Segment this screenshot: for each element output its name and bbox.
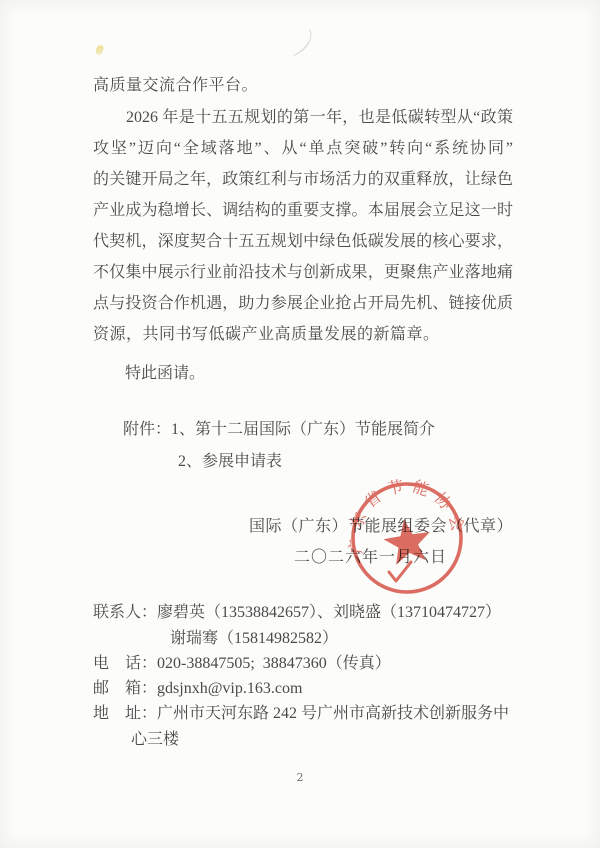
body-line: 的关键开局之年，政策红利与市场活力的双重释放，让绿色 — [93, 164, 513, 195]
phone-numbers: 020-38847505; 38847360（传真） — [157, 651, 391, 676]
email-label: 邮 箱： — [93, 676, 157, 701]
body-line: 攻坚”迈向“全域落地”、从“单点突破”转向“系统协同” — [93, 133, 513, 164]
body-line: 点与投资合作机遇，助力参展企业抢占开局先机、链接优质 — [93, 288, 513, 319]
phone-label: 电 话： — [93, 651, 157, 676]
scan-speck-artifact — [95, 44, 105, 56]
body-line: 2026 年是十五五规划的第一年，也是低碳转型从“政策 — [93, 102, 513, 133]
closing-phrase: 特此函请。 — [125, 358, 205, 389]
address-row: 地 址： 广州市天河东路 242 号广州市高新技术创新服务中 — [93, 701, 509, 726]
contact-names: 廖碧英（13538842657）、刘晓盛（13710474727） — [157, 600, 501, 625]
contact-label: 联系人： — [93, 600, 157, 625]
body-line: 代契机，深度契合十五五规划中绿色低碳发展的核心要求， — [93, 226, 513, 257]
body-line: 资源，共同书写低碳产业高质量发展的新篇章。 — [93, 319, 513, 350]
signature-date: 二〇二六年一月六日 — [294, 544, 447, 572]
body-line: 产业成为稳增长、调结构的重要支撑。本届展会立足这一时 — [93, 195, 513, 226]
contact-names-2: 谢瑞骞（15814982582） — [170, 626, 338, 651]
email-address: gdsjnxh@vip.163.com — [157, 676, 302, 701]
body-line: 高质量交流合作平台。 — [93, 70, 513, 101]
signature-organization: 国际（广东）节能展组委会（代章） — [249, 513, 513, 541]
scan-squiggle-artifact — [286, 29, 318, 57]
attachment-line-1: 附件：1、第十二届国际（广东）节能展简介 — [123, 415, 435, 445]
scanned-letter-page: 高质量交流合作平台。 2026 年是十五五规划的第一年，也是低碳转型从“政策 攻… — [0, 0, 600, 848]
address-text: 广州市天河东路 242 号广州市高新技术创新服务中 — [157, 701, 509, 726]
phone-row: 电 话： 020-38847505; 38847360（传真） — [93, 651, 391, 676]
contact-person-row-2: 谢瑞骞（15814982582） — [170, 626, 338, 651]
contact-person-row: 联系人： 廖碧英（13538842657）、刘晓盛（13710474727） — [93, 600, 501, 625]
paragraph-carryover: 高质量交流合作平台。 — [93, 70, 513, 101]
body-line: 不仅集中展示行业前沿技术与创新成果，更聚焦产业落地痛 — [93, 257, 513, 288]
attachment-line-2: 2、参展申请表 — [178, 447, 282, 477]
page-number: 2 — [0, 771, 600, 784]
main-paragraph: 2026 年是十五五规划的第一年，也是低碳转型从“政策 攻坚”迈向“全域落地”、… — [93, 102, 513, 350]
address-row-2: 心三楼 — [131, 727, 179, 752]
address-label: 地 址： — [93, 701, 157, 726]
address-text-2: 心三楼 — [131, 727, 179, 752]
email-row: 邮 箱： gdsjnxh@vip.163.com — [93, 676, 302, 701]
